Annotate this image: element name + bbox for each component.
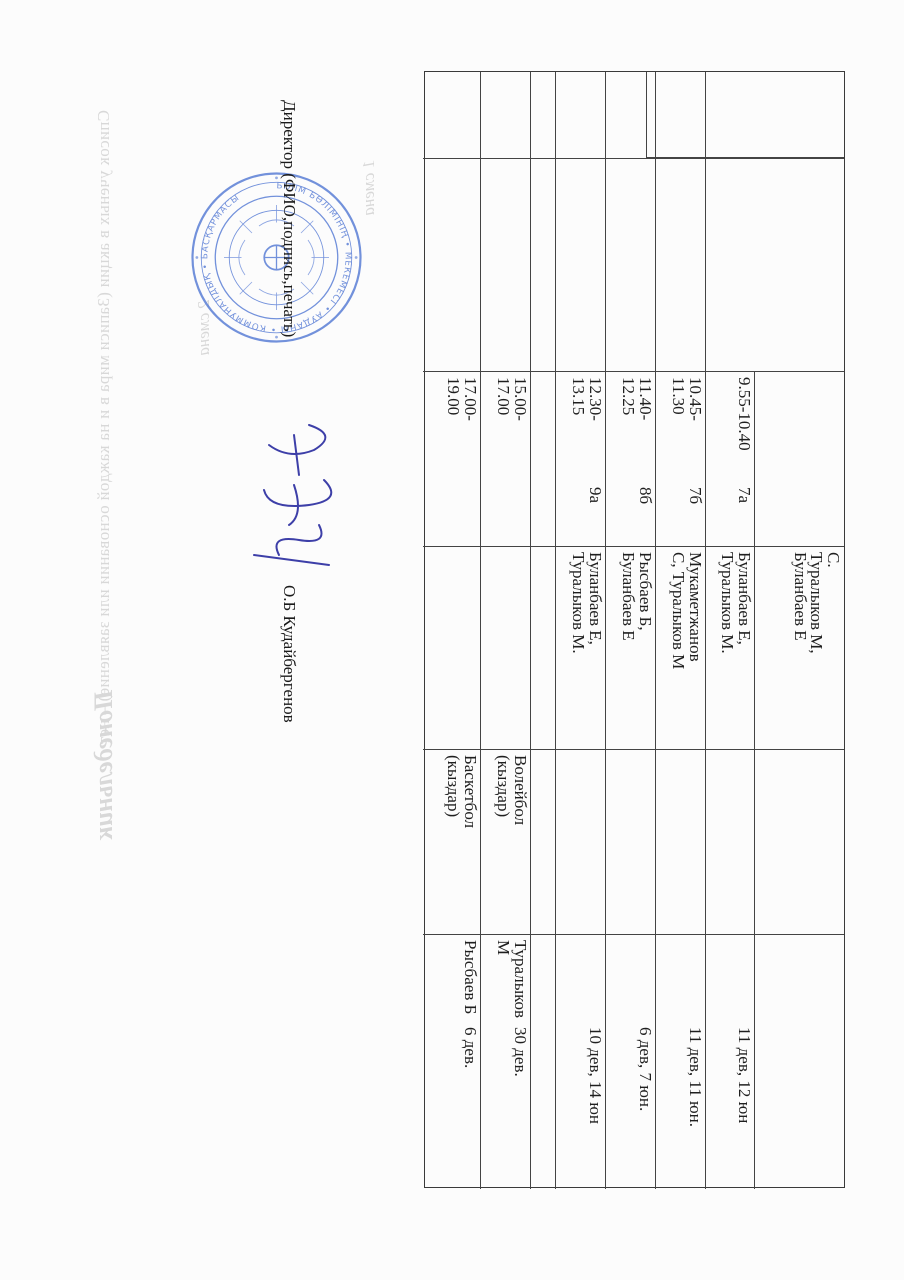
cell-class: 7а	[706, 481, 755, 546]
director-signature	[239, 405, 349, 585]
bleed-through-title: Понедельник	[89, 690, 119, 840]
cell-teachers: Буланбаев Е, Туралыков М.	[706, 546, 755, 749]
grid-line	[423, 158, 844, 159]
cell-time: 10.45- 11.30	[656, 371, 706, 481]
bleed-through-caption: Список ученых в акции (Записи мира в и н…	[94, 110, 114, 745]
cell-time: 11.40- 12.25	[606, 371, 656, 481]
cell-time: 15.00- 17.00	[481, 371, 531, 481]
cell-class: 7б	[656, 481, 706, 546]
cell-participants: 11 дев, 11 юн.	[656, 1021, 706, 1189]
cell-coach: Рысбаев Б	[423, 934, 481, 1021]
cell-time: 9.55-10.40	[706, 371, 755, 481]
cell-section: Волейбол (кыздар)	[481, 749, 531, 934]
cell-teachers: Буланбаев Е, Туралыков М.	[556, 546, 606, 749]
grid-line	[605, 72, 606, 371]
schedule-table: 9.55-10.4010.45- 11.3011.40- 12.2512.30-…	[424, 71, 845, 1188]
director-label: Директор (ФИО,подпись,печать)	[279, 100, 299, 337]
grid-line	[655, 72, 656, 371]
grid-line	[646, 72, 647, 158]
cell-class: 9а	[556, 481, 606, 546]
cell-teachers: Мукаметжанов С, Туралыков М	[656, 546, 706, 749]
cell-participants: 30 дев.	[481, 1021, 531, 1189]
cell-participants: 10 дев, 14 юн	[556, 1021, 606, 1189]
grid-line	[555, 72, 556, 371]
cell-section: Баскетбол (кыздар)	[423, 749, 481, 934]
cell-teachers: Рысбаев Б, Буланбаев Е	[606, 546, 656, 749]
cell-class: 8б	[606, 481, 656, 546]
cell-teachers: С. Туралыков М, Буланбаев Е	[755, 546, 844, 749]
cell-time: 17.00- 19.00	[423, 371, 481, 481]
cell-time: 12.30- 13.15	[556, 371, 606, 481]
cell-participants: 6 дев.	[423, 1021, 481, 1189]
scanned-page: Понедельник 2 смена 1 смена Список учены…	[0, 0, 904, 1280]
cell-coach: Туралыков М	[481, 934, 531, 1021]
official-stamp-icon: БІЛІМ БӨЛІМІНІҢ • МЕКЕМЕСІ • АУДАНЫ • КО…	[189, 170, 364, 345]
cell-participants: 6 дев, 7 юн.	[606, 1021, 656, 1189]
director-name: О.Б Кудайбергенов	[279, 585, 299, 723]
cell-participants: 11 дев, 12 юн	[706, 1021, 755, 1189]
grid-line	[705, 72, 706, 371]
